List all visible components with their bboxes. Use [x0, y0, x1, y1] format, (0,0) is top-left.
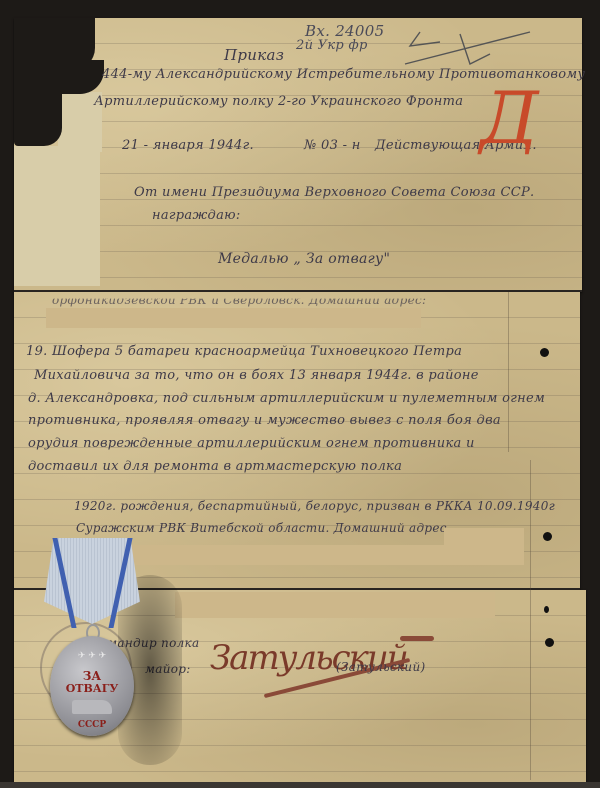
- medal-inscription-2: ОТВАГУ: [50, 683, 134, 695]
- bio-line-2: Суражским РВК Витебской области. Домашни…: [76, 521, 447, 535]
- citation-line-2: Михайловича за то, что он в боях 13 янва…: [34, 368, 479, 383]
- punch-hole: [543, 532, 552, 541]
- pale-margin: [14, 146, 100, 286]
- order-number: № 03 - н: [304, 138, 361, 153]
- addressee-line-2: Артиллерийскому полку 2-го Украинского Ф…: [94, 94, 463, 109]
- signer-name: (Затульский): [336, 660, 425, 674]
- frame-border: [0, 782, 600, 788]
- redacted-area: [46, 308, 421, 328]
- bio-line-1: 1920г. рождения, беспартийный, белорус, …: [74, 499, 555, 513]
- planes-icon: ✈ ✈ ✈: [50, 651, 134, 661]
- punch-hole: [544, 606, 549, 613]
- archive-unit: 2й Укр фр: [296, 38, 368, 53]
- redacted-area: [175, 592, 495, 618]
- redacted-area: [444, 528, 524, 546]
- citation-line-1: 19. Шофера 5 батареи красноармейца Тихно…: [26, 344, 462, 359]
- order-date: 21 - января 1944г.: [122, 138, 254, 153]
- medal-cccp: СССР: [50, 720, 134, 730]
- order-title: Приказ: [224, 46, 284, 64]
- citation-line-5: орудия поврежденные артиллерийским огнем…: [28, 436, 475, 451]
- preamble-line-2: награждаю:: [152, 208, 241, 223]
- citation-line-6: доставил их для ремонта в артмастерскую …: [28, 459, 402, 474]
- preamble-line-1: От имени Президиума Верховного Совета Со…: [134, 185, 534, 200]
- award-name: Медалью „ За отвагу": [218, 251, 390, 267]
- medal-for-courage: ✈ ✈ ✈ ЗА ОТВАГУ СССР: [50, 636, 134, 736]
- redacted-area: [126, 545, 524, 565]
- punch-hole: [540, 348, 549, 357]
- punch-hole: [545, 638, 554, 647]
- medal-inscription-1: ЗА: [50, 670, 134, 682]
- tank-icon: [72, 700, 112, 714]
- fold-line: [508, 292, 509, 452]
- citation-line-4: противника, проявляя отвагу и мужество в…: [28, 413, 501, 428]
- red-pencil-mark: Д: [480, 82, 539, 154]
- citation-line-3: д. Александровка, под сильным артиллерий…: [28, 391, 545, 406]
- signature-stroke: [400, 636, 434, 641]
